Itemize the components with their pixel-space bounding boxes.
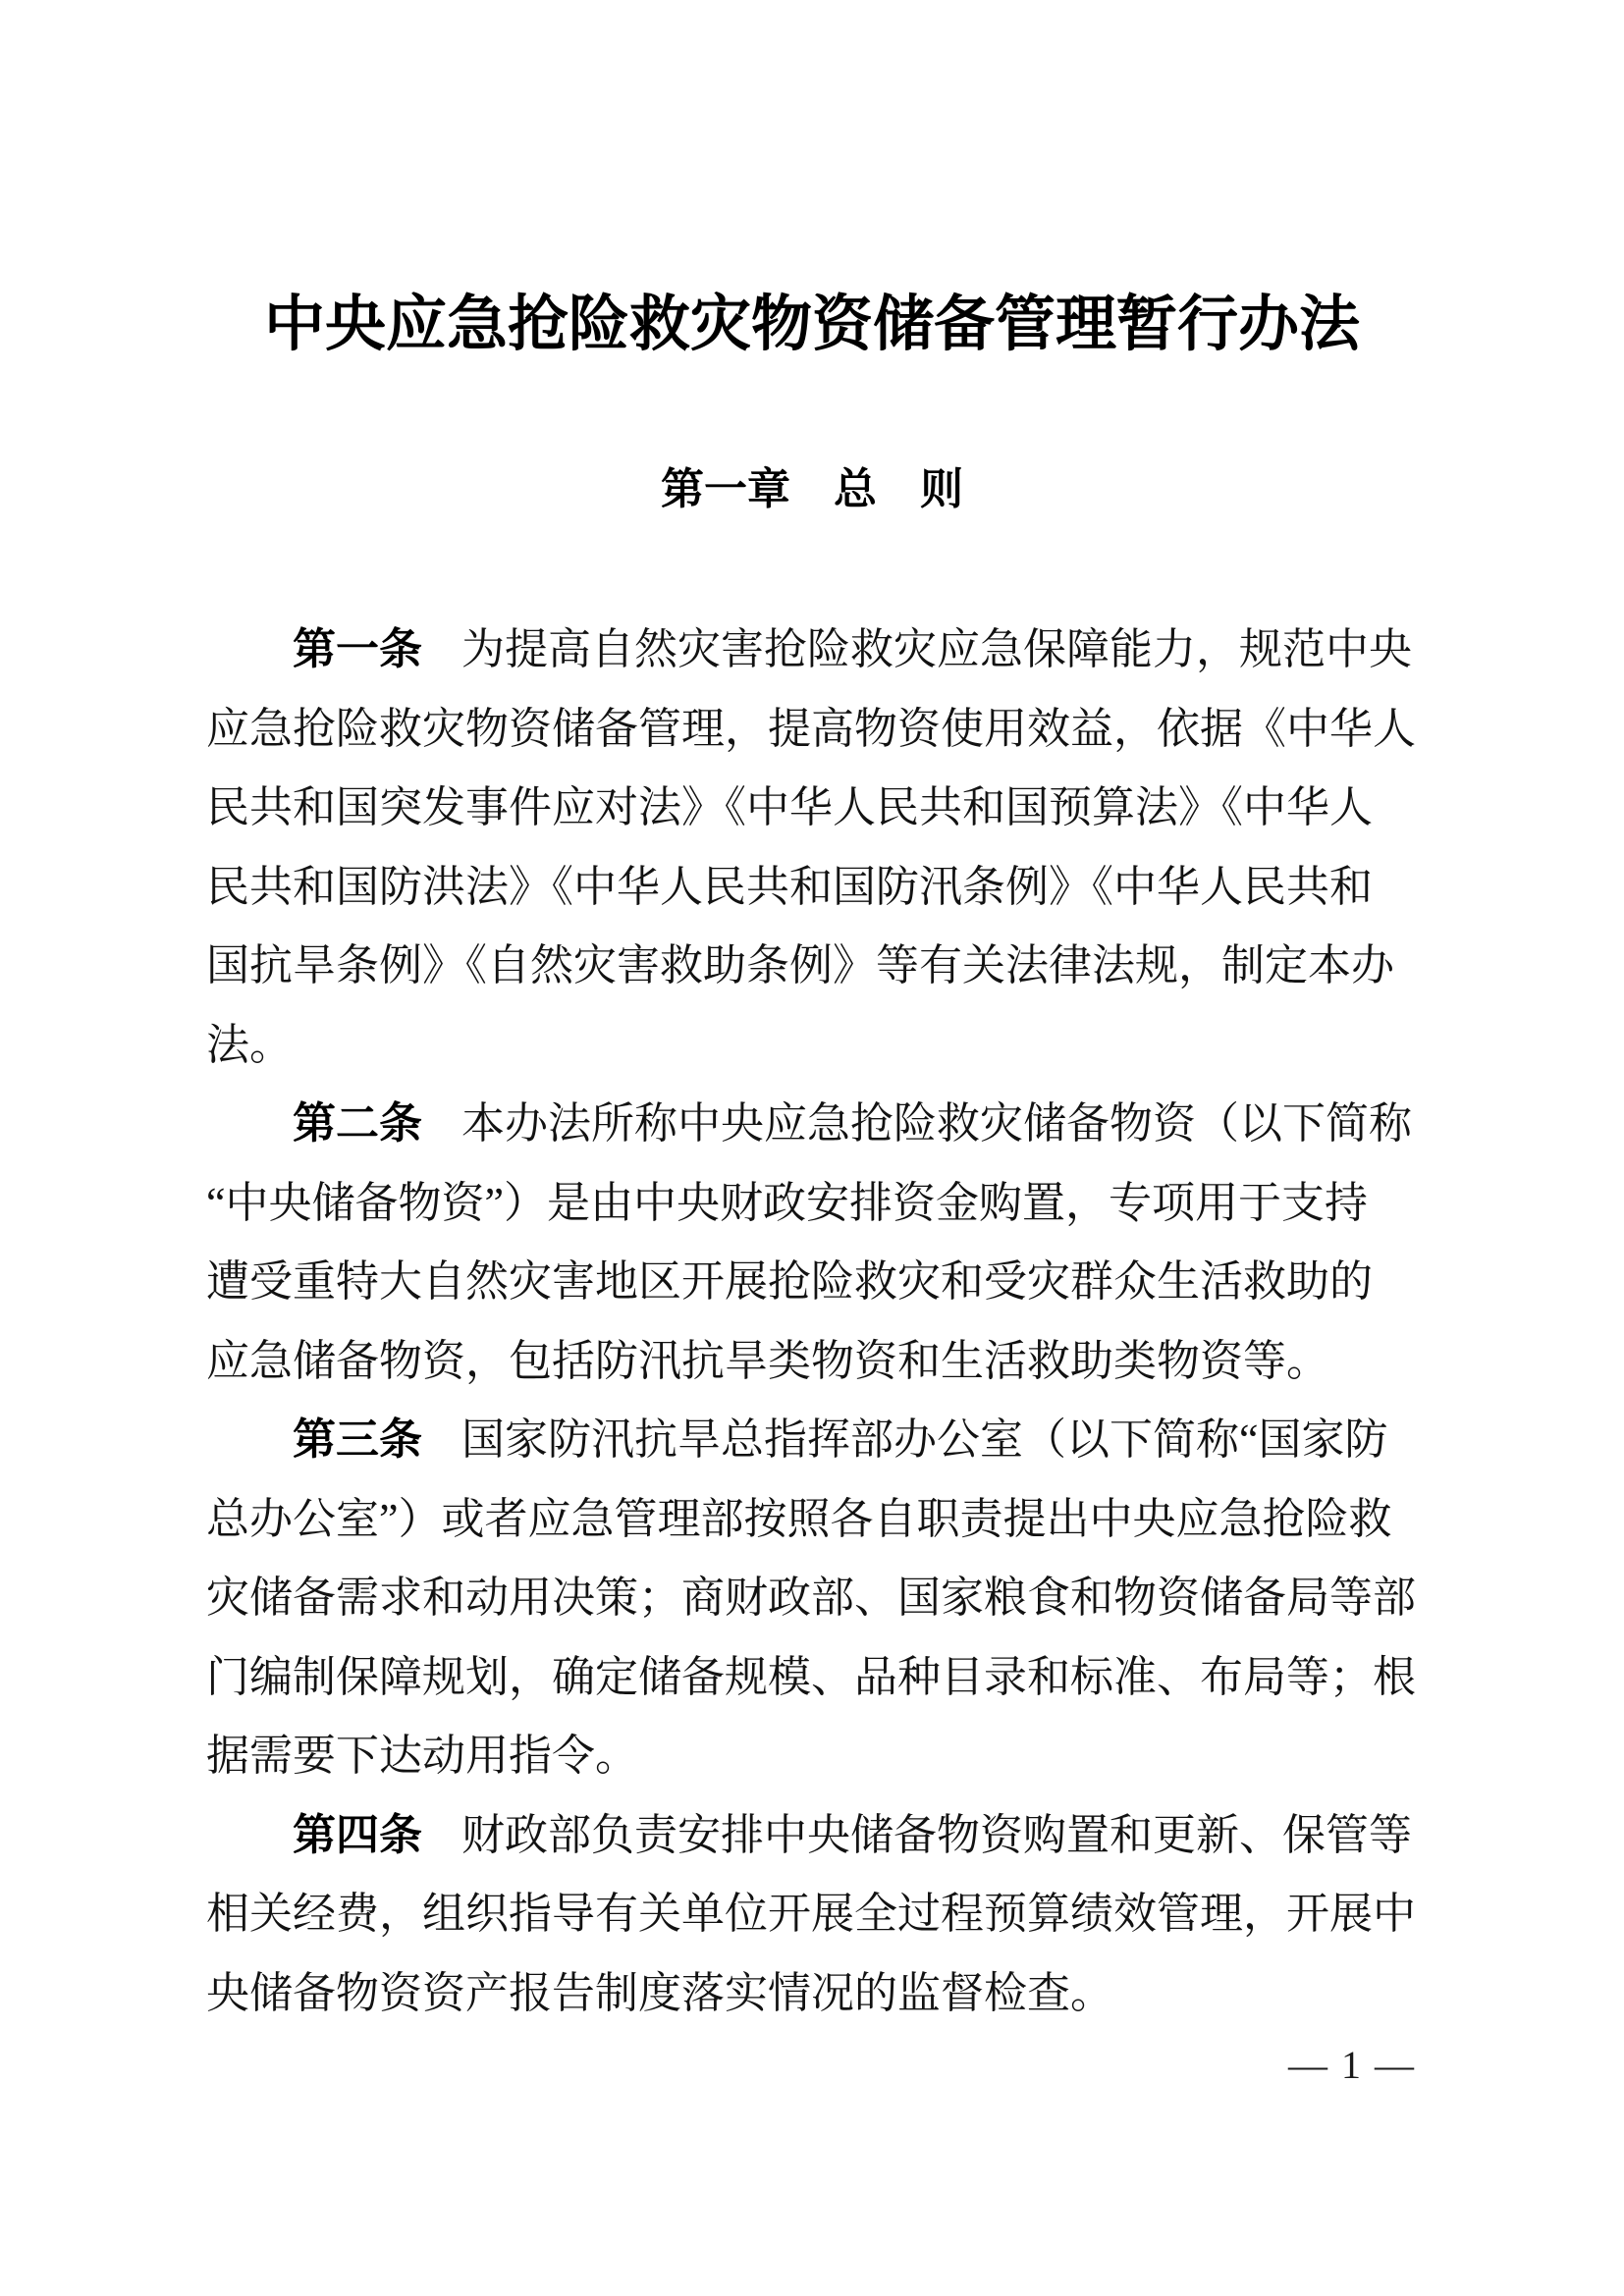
body-line: 门编制保障规划，确定储备规模、品种目录和标准、布局等；根 [206, 1638, 1424, 1718]
body-line: 第一条为提高自然灾害抢险救灾应急保障能力，规范中央 [206, 611, 1424, 690]
body-line-text: 国家防汛抗旱总指挥部办公室（以下简称“国家防 [461, 1415, 1388, 1464]
body-line-text: 民共和国突发事件应对法》《中华人民共和国预算法》《中华人 [206, 783, 1373, 831]
body-line: 第三条国家防汛抗旱总指挥部办公室（以下简称“国家防 [206, 1401, 1424, 1480]
body-line-text: 为提高自然灾害抢险救灾应急保障能力，规范中央 [461, 625, 1412, 673]
body-line: 国抗旱条例》《自然灾害救助条例》等有关法律法规，制定本办 [206, 927, 1424, 1006]
body-line: 民共和国防洪法》《中华人民共和国防汛条例》《中华人民共和 [206, 848, 1424, 928]
body-line: 遭受重特大自然灾害地区开展抢险救灾和受灾群众生活救助的 [206, 1243, 1424, 1322]
document-page: 中央应急抢险救灾物资储备管理暂行办法 第一章 总 则 第一条为提高自然灾害抢险救… [0, 0, 1624, 2296]
article-number-label: 第二条 [293, 1099, 422, 1148]
body-line: 相关经费，组织指导有关单位开展全过程预算绩效管理，开展中 [206, 1875, 1424, 1954]
body-line: 法。 [206, 1006, 1424, 1086]
chapter-heading: 第一章 总 则 [0, 465, 1624, 514]
body-line: 央储备物资资产报告制度落实情况的监督检查。 [206, 1954, 1424, 2034]
body-line-text: 法。 [206, 1021, 293, 1069]
body-line: 应急抢险救灾物资储备管理，提高物资使用效益，依据《中华人 [206, 690, 1424, 770]
body-line: 灾储备需求和动用决策；商财政部、国家粮食和物资储备局等部 [206, 1559, 1424, 1638]
body-line: “中央储备物资”）是由中央财政安排资金购置，专项用于支持 [206, 1164, 1424, 1244]
body-line: 总办公室”）或者应急管理部按照各自职责提出中央应急抢险救 [206, 1480, 1424, 1560]
body-line-text: 据需要下达动用指令。 [206, 1732, 638, 1780]
body-line: 应急储备物资，包括防汛抗旱类物资和生活救助类物资等。 [206, 1322, 1424, 1402]
body-line-text: 总办公室”）或者应急管理部按照各自职责提出中央应急抢险救 [206, 1495, 1392, 1543]
article-number-label: 第四条 [293, 1811, 422, 1859]
body-line-text: 央储备物资资产报告制度落实情况的监督检查。 [206, 1969, 1113, 2017]
body-line-text: 财政部负责安排中央储备物资购置和更新、保管等 [461, 1811, 1412, 1859]
body-line: 民共和国突发事件应对法》《中华人民共和国预算法》《中华人 [206, 769, 1424, 848]
body-line-text: 遭受重特大自然灾害地区开展抢险救灾和受灾群众生活救助的 [206, 1257, 1373, 1306]
document-title: 中央应急抢险救灾物资储备管理暂行办法 [0, 291, 1624, 359]
body-line-text: 民共和国防洪法》《中华人民共和国防汛条例》《中华人民共和 [206, 863, 1373, 911]
article-number-label: 第一条 [293, 625, 422, 673]
body-line-text: 门编制保障规划，确定储备规模、品种目录和标准、布局等；根 [206, 1653, 1416, 1701]
body-line-text: 应急抢险救灾物资储备管理，提高物资使用效益，依据《中华人 [206, 705, 1416, 753]
body-line: 第二条本办法所称中央应急抢险救灾储备物资（以下简称 [206, 1085, 1424, 1164]
body-line-text: 相关经费，组织指导有关单位开展全过程预算绩效管理，开展中 [206, 1890, 1416, 1938]
document-body: 第一条为提高自然灾害抢险救灾应急保障能力，规范中央 应急抢险救灾物资储备管理，提… [206, 611, 1424, 2033]
body-line: 据需要下达动用指令。 [206, 1717, 1424, 1796]
page-number: — 1 — [1288, 2042, 1416, 2089]
body-line-text: 灾储备需求和动用决策；商财政部、国家粮食和物资储备局等部 [206, 1574, 1416, 1622]
body-line-text: 国抗旱条例》《自然灾害救助条例》等有关法律法规，制定本办 [206, 941, 1394, 989]
body-line-text: “中央储备物资”）是由中央财政安排资金购置，专项用于支持 [206, 1179, 1368, 1227]
body-line-text: 应急储备物资，包括防汛抗旱类物资和生活救助类物资等。 [206, 1337, 1329, 1385]
article-number-label: 第三条 [293, 1415, 422, 1464]
body-line-text: 本办法所称中央应急抢险救灾储备物资（以下简称 [461, 1099, 1412, 1148]
body-line: 第四条财政部负责安排中央储备物资购置和更新、保管等 [206, 1796, 1424, 1876]
